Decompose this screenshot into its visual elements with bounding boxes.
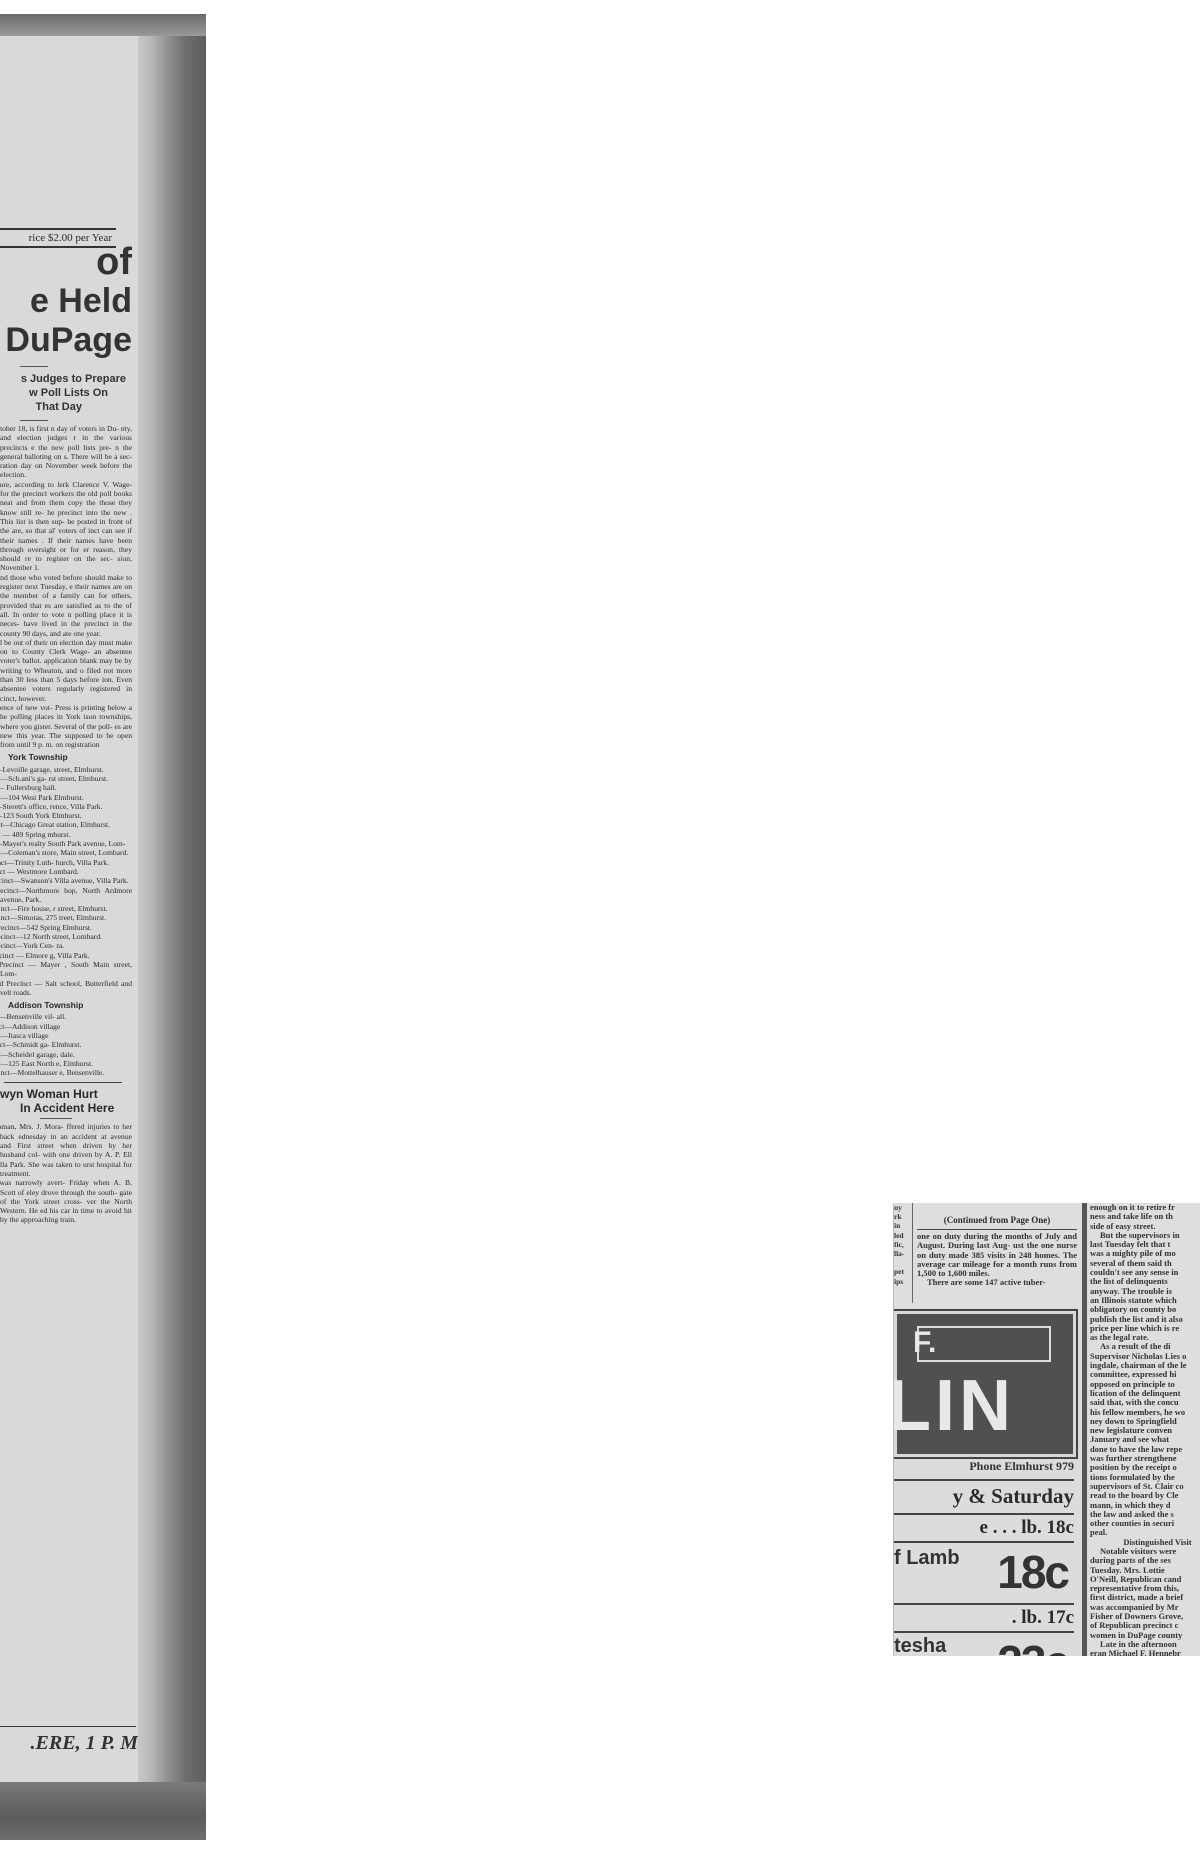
subhead-line: That Day	[0, 400, 126, 414]
headline-line-2: e Held	[0, 281, 132, 321]
precinct-item: enth Precinct—Mottelhauser e, Bensenvill…	[0, 1068, 132, 1077]
precinct-item: Precinct—Levoille garage, street, Elmhur…	[0, 765, 132, 774]
newspaper-page: rice $2.00 per Year of e Held n DuPage s…	[0, 36, 138, 1782]
precinct-item: nty-first Precinct — Mayer , South Main …	[0, 960, 132, 979]
precinct-item: t Precinct—Bensenville vil- all.	[0, 1012, 132, 1021]
precinct-item: teenth Precinct—Northmore hop, North Ard…	[0, 886, 132, 905]
column-divider	[1082, 1203, 1087, 1656]
subhead-line: w Poll Lists On	[0, 386, 126, 400]
divider	[20, 366, 48, 367]
precinct-item: rth Precinct—Schmidt ga- Elmhurst.	[0, 1040, 132, 1049]
article-paragraph: accident was narrowly avert- Friday when…	[0, 1178, 132, 1224]
ad-days: y & Saturday	[894, 1479, 1074, 1511]
precinct-item: Precinct—Sterett's office, rence, Villa …	[0, 802, 132, 811]
precinct-item: Precinct—123 South York Elmhurst.	[0, 811, 132, 820]
article-paragraph: e convenience of new vot- Press is print…	[0, 703, 132, 749]
precinct-item: th Precinct—Chicago Great station, Elmhu…	[0, 820, 132, 829]
ad-price-block: f Lamb 18c	[894, 1541, 1074, 1603]
precinct-item: enth Precinct—Simotas, 275 treet, Elmhur…	[0, 913, 132, 922]
precinct-item: fth Precinct — Westmore Lombard.	[0, 867, 132, 876]
precinct-item: nty-second Precinct — Salt school, Butte…	[0, 979, 132, 998]
continued-label: (Continued from Page One)	[913, 1215, 1081, 1225]
supervisors-article-column: enough on it to retire fr ness and take …	[1090, 1203, 1200, 1656]
ad-item-price: 18c	[997, 1545, 1068, 1599]
precinct-item: teenth Precinct—12 North street, Lombard…	[0, 932, 132, 941]
precinct-item: Precinct — Fullersburg hall.	[0, 783, 132, 792]
precinct-item: d Precinct—Sch.ani's ga- rst street, Elm…	[0, 774, 132, 783]
fragment: rk	[894, 1212, 910, 1221]
subheadline: s Judges to Prepare w Poll Lists On That…	[0, 372, 126, 414]
continued-article: (Continued from Page One) one on duty du…	[912, 1203, 1081, 1303]
precinct-item: h Precinct—125 East North e, Elmhurst.	[0, 1059, 132, 1068]
precinct-item: eenth Precinct—Swanson's Villa avenue, V…	[0, 876, 132, 885]
ad-logo-name: LIN	[893, 1370, 1015, 1442]
divider	[20, 420, 48, 421]
fragment: lla-	[894, 1249, 910, 1258]
accident-headline-line: In Accident Here	[0, 1101, 132, 1115]
ad-logo-frame: F. LIN	[894, 1311, 1076, 1457]
accident-headline-line: wyn Woman Hurt	[0, 1087, 132, 1101]
fragment: led	[894, 1231, 910, 1240]
ad-logo-box	[917, 1326, 1051, 1362]
ad-phone: Phone Elmhurst 979	[914, 1459, 1074, 1474]
fragment: ny	[894, 1203, 910, 1212]
precinct-item: h Precinct—Coleman's store, Main street,…	[0, 848, 132, 857]
continued-text: one on duty during the months of July an…	[913, 1232, 1081, 1278]
precinct-item: Precinct—Mayer's realty South Park avenu…	[0, 839, 132, 848]
continued-text: There are some 147 active tuber-	[913, 1278, 1081, 1287]
precinct-item: ntieth Precinct — Elmore g, Villa Park.	[0, 951, 132, 960]
divider	[4, 1082, 122, 1083]
fragment: ips	[894, 1277, 910, 1286]
ad-price-line: . lb. 17c	[894, 1603, 1074, 1631]
ad-item-price: 23c	[997, 1635, 1068, 1656]
scan-bottom-border	[0, 1782, 206, 1840]
precinct-item: d Precinct—Itasca village	[0, 1031, 132, 1040]
section-heading-york: York Township	[0, 753, 132, 762]
article-paragraph: esidents and those who voted before shou…	[0, 573, 132, 638]
fragment: fic,	[894, 1240, 910, 1249]
ad-item-name: f Lamb	[894, 1547, 960, 1570]
precinct-item: h Precinct — 489 Spring mhurst.	[0, 830, 132, 839]
text-line: eran Michael F. Hennebr	[1090, 1649, 1200, 1656]
accident-headline: wyn Woman Hurt In Accident Here	[0, 1087, 132, 1115]
headline-line-3: n DuPage	[0, 320, 132, 360]
precinct-item: nd Precinct—Addison village	[0, 1022, 132, 1031]
article-paragraph: al procedure, according to lerk Clarence…	[0, 480, 132, 573]
precinct-item: nteenth Precinct—542 Spring Elmhurst.	[0, 923, 132, 932]
precinct-item: teenth Precinct—York Cen- ra.	[0, 941, 132, 950]
headline-line-1: of	[0, 241, 132, 283]
fragment: pet	[894, 1267, 910, 1276]
article-paragraph: eaday, October 18, is first n day of vot…	[0, 424, 132, 480]
ad-logo-fragment: F.	[913, 1328, 936, 1358]
divider	[40, 1118, 72, 1119]
ad-price-block: tesha 23c	[894, 1631, 1074, 1656]
edge-column-fragments: ny rk in led fic, lla- pet ips	[894, 1203, 910, 1303]
precinct-item: h Precinct—Scheidel garage, dale.	[0, 1050, 132, 1059]
grocery-advertisement: F. LIN Phone Elmhurst 979 y & Saturday e…	[894, 1307, 1080, 1656]
scan-top-border	[0, 14, 206, 36]
subhead-line: s Judges to Prepare	[0, 372, 126, 386]
divider	[0, 1726, 136, 1727]
article-column: eaday, October 18, is first n day of vot…	[0, 424, 132, 1714]
precinct-item: h Precinct—104 West Park Elmhurst.	[0, 793, 132, 802]
fragment	[894, 1258, 910, 1267]
fragment: in	[894, 1221, 910, 1230]
article-paragraph: s who will be out of their on election d…	[0, 638, 132, 703]
newspaper-page-scan-left: rice $2.00 per Year of e Held n DuPage s…	[0, 14, 206, 1840]
article-paragraph: erwyn woman, Mrs. J. Mora- ffered injuri…	[0, 1122, 132, 1178]
ad-price-line: e . . . lb. 18c	[894, 1513, 1074, 1541]
precinct-item: enth Precinct—Fire house, r street, Elmh…	[0, 904, 132, 913]
bottom-banner: ERE, 1 P. M.	[0, 1732, 138, 1755]
newspaper-clipping-right: ny rk in led fic, lla- pet ips (Continue…	[893, 1203, 1200, 1656]
ad-item-name: tesha	[894, 1635, 946, 1656]
precinct-item: nth Precinct—Trinity Luth- hurch, Villa …	[0, 858, 132, 867]
section-heading-addison: Addison Township	[0, 1001, 132, 1010]
divider	[917, 1229, 1077, 1230]
